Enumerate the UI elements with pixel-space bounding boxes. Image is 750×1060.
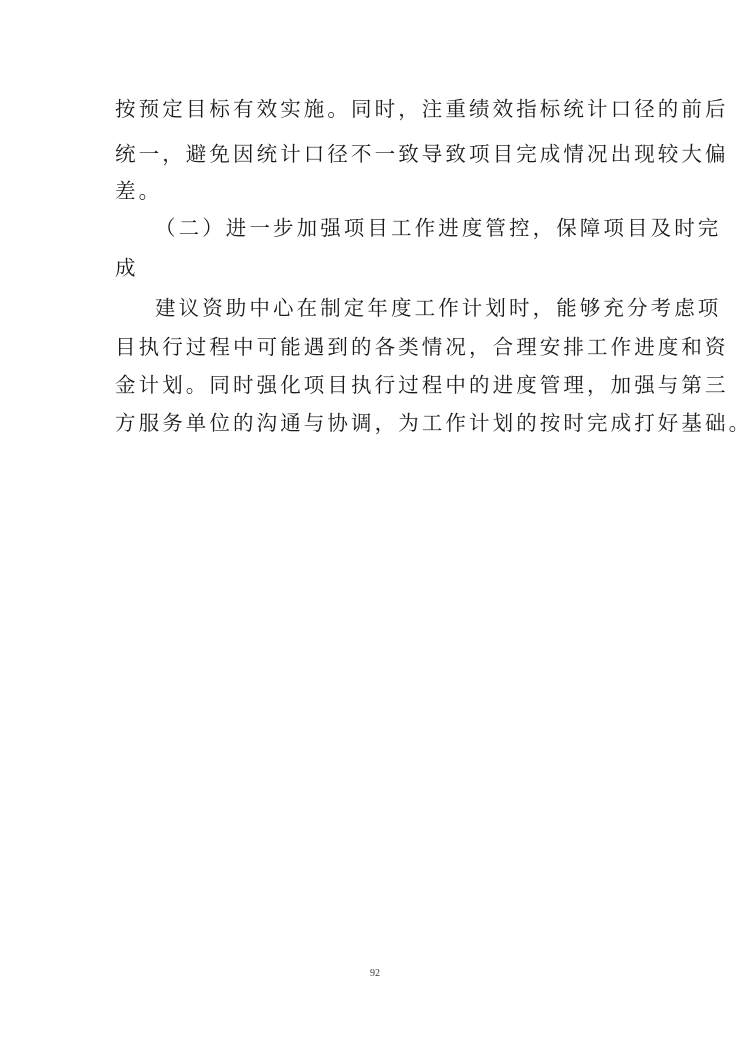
paragraph-line: 按预定目标有效实施。同时，注重绩效指标统计口径的前后: [115, 96, 635, 122]
paragraph-line: 建议资助中心在制定年度工作计划时，能够充分考虑项: [155, 295, 675, 321]
section-heading: （二）进一步加强项目工作进度管控，保障项目及时完: [155, 215, 675, 241]
document-page: 按预定目标有效实施。同时，注重绩效指标统计口径的前后 统一，避免因统计口径不一致…: [0, 0, 750, 1060]
paragraph-line: 统一，避免因统计口径不一致导致项目完成情况出现较大偏: [115, 141, 635, 167]
paragraph-line: 方服务单位的沟通与协调，为工作计划的按时完成打好基础。: [115, 410, 635, 436]
page-number: 92: [0, 968, 750, 979]
paragraph-line: 金计划。同时强化项目执行过程中的进度管理，加强与第三: [115, 372, 635, 398]
section-heading-continuation: 成: [115, 255, 635, 281]
paragraph-line: 差。: [115, 178, 635, 204]
paragraph-line: 目执行过程中可能遇到的各类情况，合理安排工作进度和资: [115, 334, 635, 360]
